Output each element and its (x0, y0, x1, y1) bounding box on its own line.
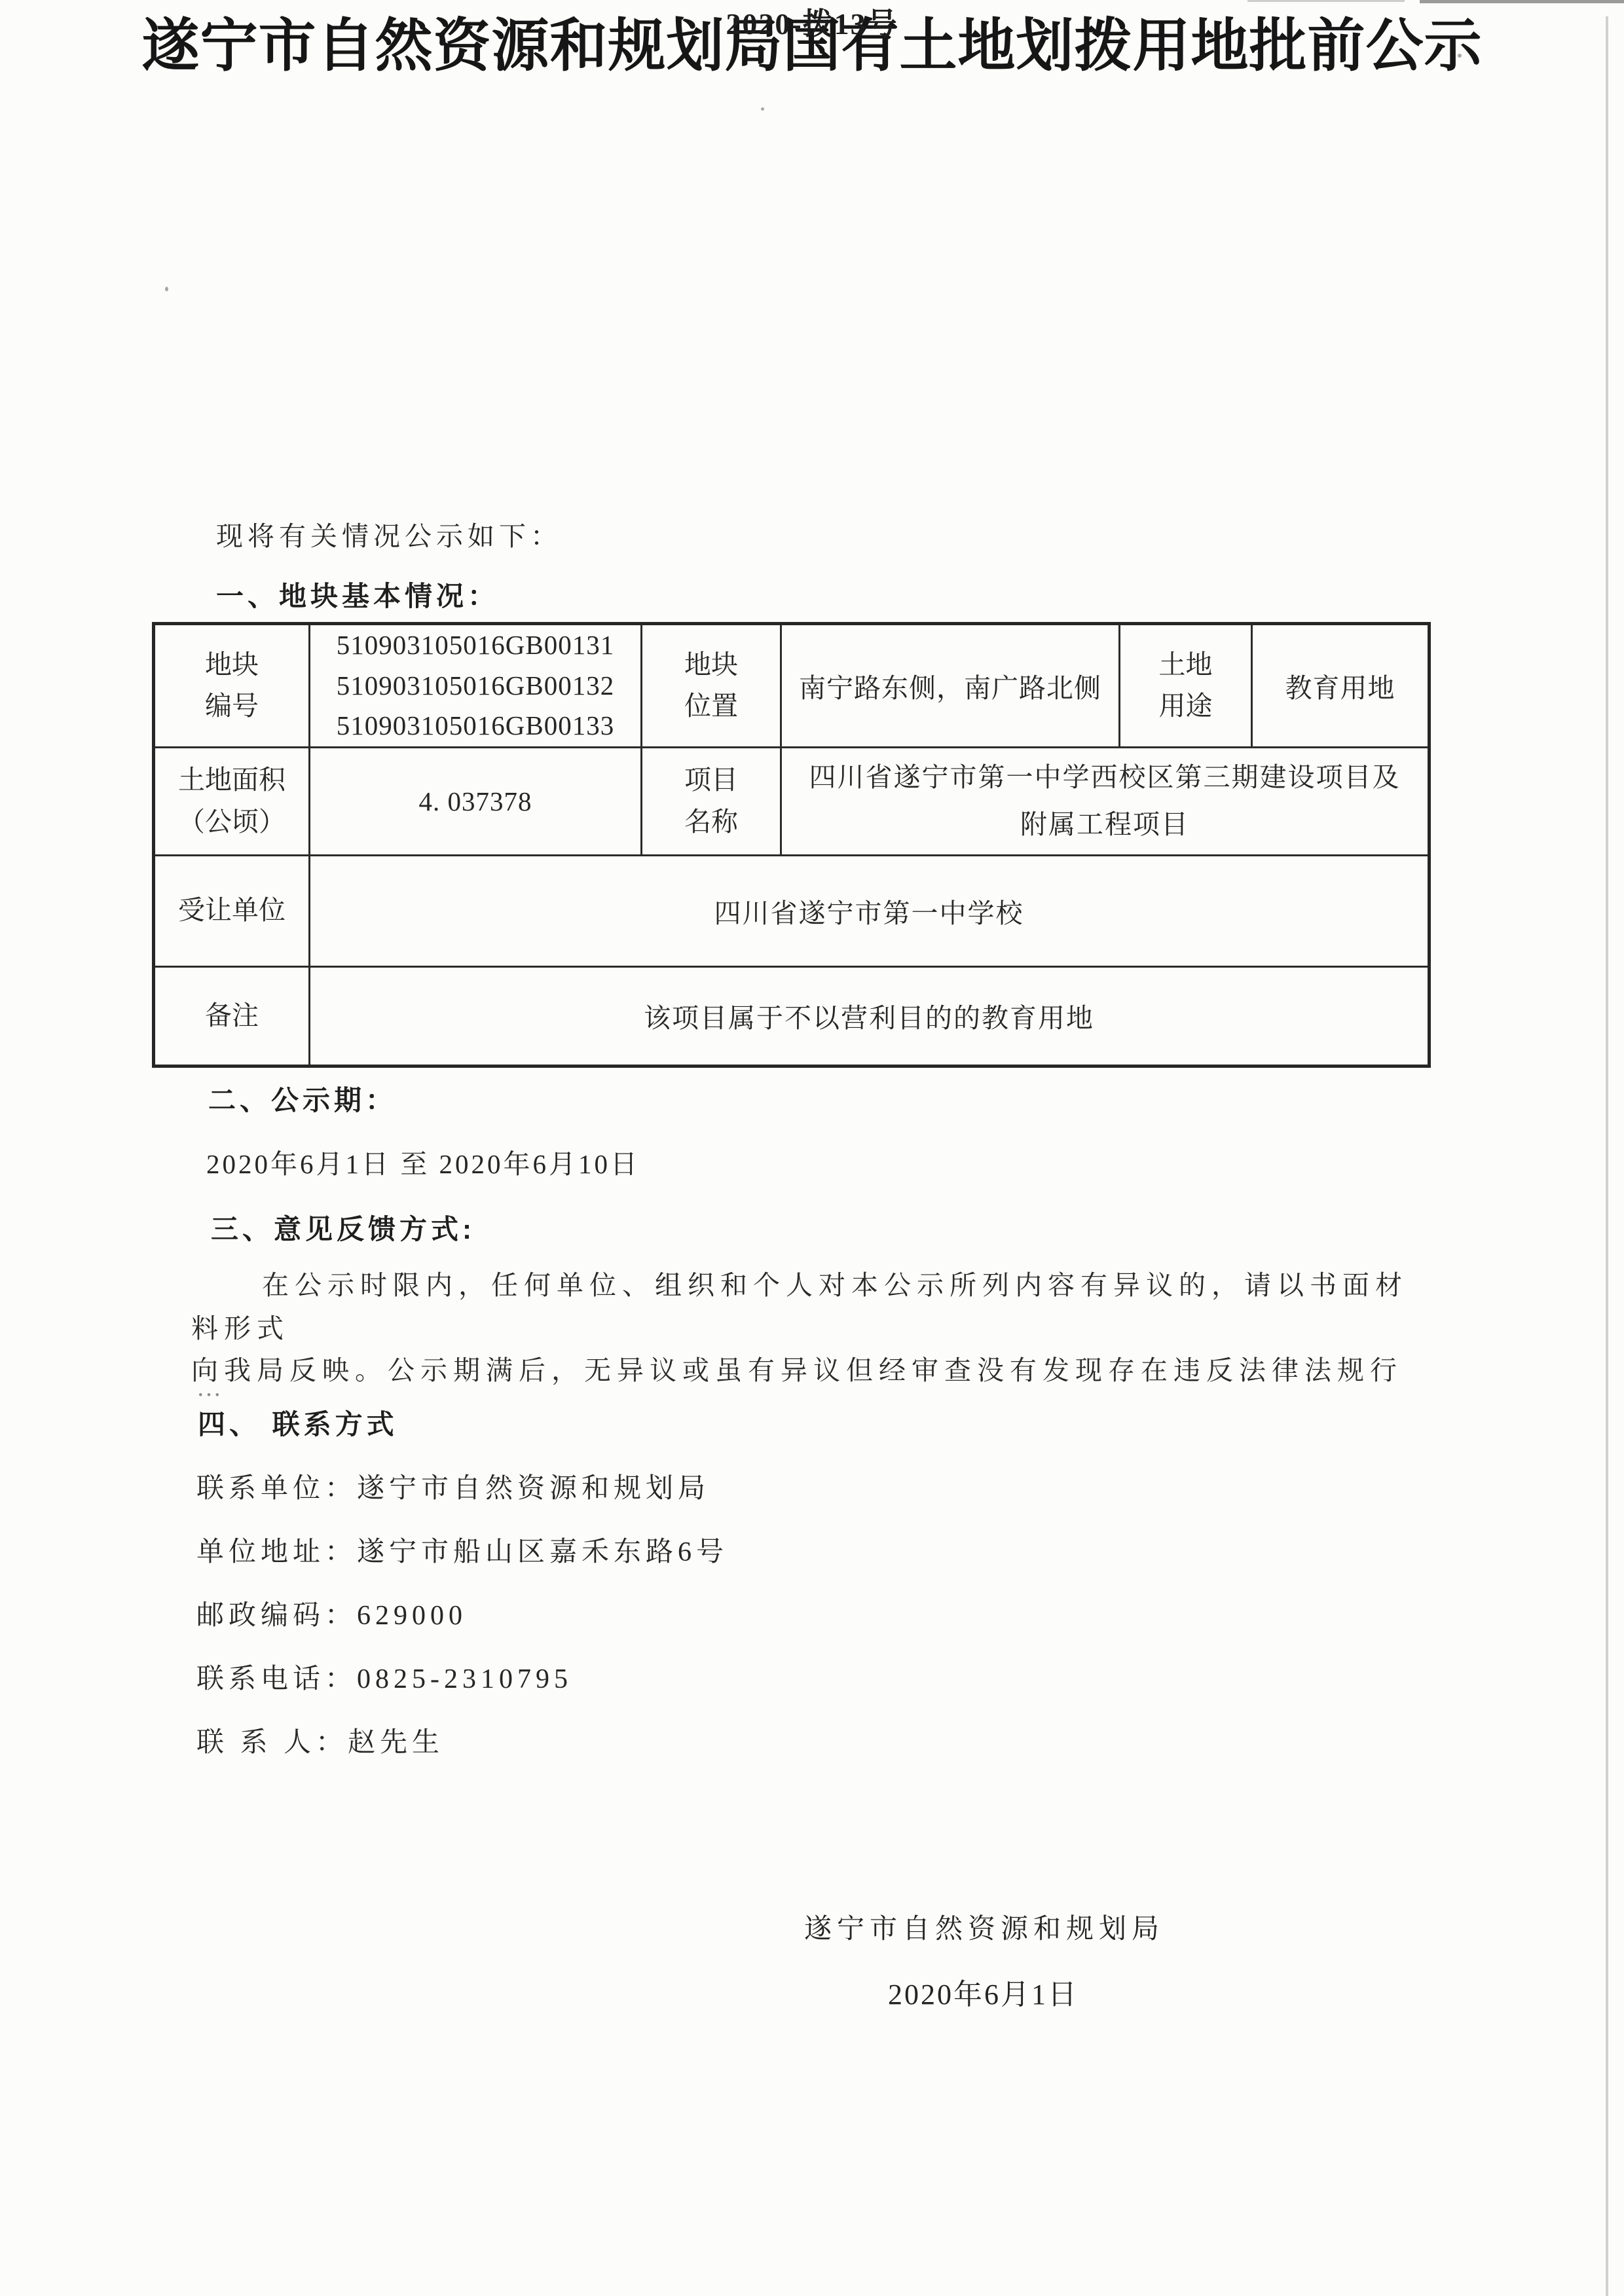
location-value-cell: 南宁路东侧，南广路北侧 (781, 624, 1120, 748)
scan-speck-3 (165, 287, 168, 291)
contact-unit-label: 联系单位： (196, 1474, 357, 1504)
section-1-heading: 一、地块基本情况： (216, 575, 499, 614)
contact-person-label: 联 系 人： (196, 1728, 348, 1758)
postcode-line: 邮政编码：629000 (196, 1594, 467, 1633)
signature-date: 2020年6月1日 (888, 1971, 1079, 2013)
parcel-id-1: 510903105016GB00131 (310, 625, 640, 666)
remark-label-cell: 备注 (154, 966, 310, 1066)
feedback-paragraph-line-3: 向我局反映。公示期满后，无异议或虽有异议但经审查没有发现存在违反法律法规行 (191, 1349, 1403, 1387)
address-value: 遂宁市船山区嘉禾东路6号 (357, 1537, 728, 1567)
contact-unit-value: 遂宁市自然资源和规划局 (357, 1474, 710, 1504)
project-name-cell: 四川省遂宁市第一中学西校区第三期建设项目及 附属工程项目 (781, 747, 1430, 855)
transferee-label-cell: 受让单位 (154, 855, 310, 966)
postcode-label: 邮政编码： (196, 1601, 357, 1631)
address-line: 单位地址：遂宁市船山区嘉禾东路6号 (196, 1530, 728, 1569)
remark-value-cell: 该项目属于不以营利目的的教育用地 (310, 966, 1430, 1066)
transferee-value-cell: 四川省遂宁市第一中学校 (310, 855, 1430, 966)
location-label-cell: 地块 位置 (642, 624, 781, 748)
phone-label: 联系电话： (196, 1664, 357, 1694)
intro-line: 现将有关情况公示如下： (216, 515, 562, 553)
feedback-paragraph-line-2: 料形式 (191, 1307, 289, 1345)
cut-off-text-artifact: … (196, 1374, 224, 1402)
parcel-id-values-cell: 510903105016GB00131 510903105016GB00132 … (310, 624, 642, 748)
contact-unit-line: 联系单位：遂宁市自然资源和规划局 (196, 1467, 710, 1506)
parcel-info-table: 地块 编号 510903105016GB00131 510903105016GB… (152, 622, 1431, 1068)
parcel-id-3: 510903105016GB00133 (310, 706, 640, 746)
area-label-cell: 土地面积 （公顷） (154, 747, 310, 855)
publicity-period: 2020年6月1日 至 2020年6月10日 (206, 1142, 640, 1181)
area-value-cell: 4. 037378 (310, 747, 642, 855)
phone-line: 联系电话：0825-2310795 (196, 1657, 572, 1696)
doc-number: 2020-拨13号 (0, 0, 1624, 43)
contact-person-value: 赵先生 (348, 1728, 444, 1758)
scan-edge-right (1606, 16, 1608, 2296)
section-4-heading: 四、 联系方式 (198, 1403, 398, 1442)
section-2-heading: 二、公示期： (208, 1079, 397, 1118)
phone-value: 0825-2310795 (357, 1664, 572, 1694)
land-use-label-cell: 土地 用途 (1120, 624, 1252, 748)
scanned-document-page: 遂宁市自然资源和规划局国有土地划拨用地批前公示 2020-拨13号 现将有关情况… (0, 0, 1624, 2296)
scan-speck-2 (761, 107, 764, 111)
feedback-paragraph-line-1: 在公示时限内，任何单位、组织和个人对本公示所列内容有异议的，请以书面材 (262, 1264, 1408, 1302)
section-3-heading: 三、意见反馈方式: (211, 1208, 475, 1247)
postcode-value: 629000 (357, 1601, 467, 1631)
signature-org: 遂宁市自然资源和规划局 (804, 1907, 1164, 1946)
address-label: 单位地址： (196, 1537, 357, 1567)
parcel-id-label-cell: 地块 编号 (154, 624, 310, 748)
contact-person-line: 联 系 人：赵先生 (196, 1721, 444, 1760)
land-use-value-cell: 教育用地 (1252, 624, 1430, 748)
project-label-cell: 项目 名称 (642, 747, 781, 855)
parcel-id-2: 510903105016GB00132 (310, 666, 640, 706)
